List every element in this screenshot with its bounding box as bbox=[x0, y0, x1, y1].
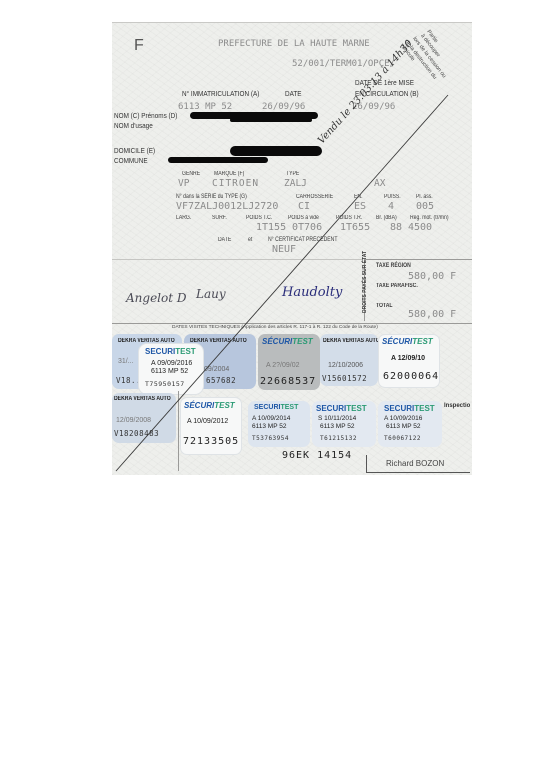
diagonal-cross-line bbox=[112, 23, 472, 475]
registration-certificate: F PREFECTURE DE LA HAUTE MARNE 52/001/TE… bbox=[112, 22, 472, 475]
